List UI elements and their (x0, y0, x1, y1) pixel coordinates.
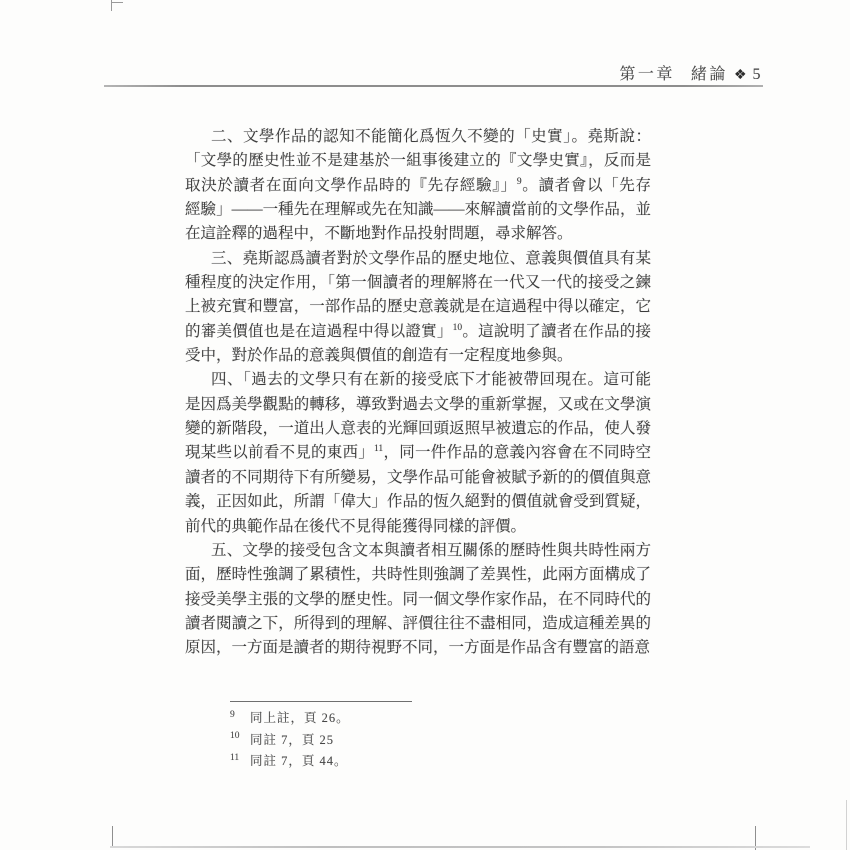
body-text-line: 二、文學作品的認知不能簡化爲恆久不變的「史實」。堯斯說： (185, 125, 651, 149)
body-text-line: 義，正因如此，所謂「偉大」作品的恆久絕對的價值就會受到質疑， (185, 490, 651, 514)
footnote-item: 11同註 7，頁 44。 (230, 751, 650, 773)
header-chapter: 第一章 (619, 66, 675, 83)
body-text-line: 原因，一方面是讀者的期待視野不同，一方面是作品含有豐富的語意 (185, 636, 651, 660)
body-paragraphs: 二、文學作品的認知不能簡化爲恆久不變的「史實」。堯斯說：「文學的歷史性並不是建基… (185, 125, 651, 661)
footnote-list: 9同上註，頁 26。10同註 7，頁 2511同註 7，頁 44。 (230, 708, 650, 773)
scan-artifact-corner-horizontal (111, 2, 123, 3)
body-text-line: 受中，對於作品的意義與價值的創造有一定程度地參與。 (185, 344, 651, 368)
body-text-line: 經驗」——一種先在理解或先在知識——來解讀當前的文學作品，並 (185, 198, 651, 222)
page-header: 第一章緒論❖5 (619, 61, 763, 84)
footnote-text: 同註 7，頁 44。 (250, 754, 348, 768)
footnote-item: 10同註 7，頁 25 (230, 730, 650, 752)
body-text-line: 是因爲美學觀點的轉移，導致對過去文學的重新掌握，又或在文學演 (185, 393, 651, 417)
footnote-text: 同註 7，頁 25 (250, 733, 334, 747)
body-text-line: 四、「過去的文學只有在新的接受底下才能被帶回現在。這可能 (185, 368, 651, 392)
body-text-line: 接受美學主張的文學的歷史性。同一個文學作家作品，在不同時代的 (185, 588, 651, 612)
footnote-item: 9同上註，頁 26。 (230, 708, 650, 730)
body-text-line: 取決於讀者在面向文學作品時的『先存經驗』」9。讀者會以「先存 (185, 174, 651, 198)
header-section-title: 緒論 (691, 66, 728, 83)
body-text-line: 「文學的歷史性並不是建基於一組事後建立的『文學史實』，反而是 (185, 149, 651, 173)
body-text-line: 種程度的決定作用，「第一個讀者的理解將在一代又一代的接受之鍊 (185, 271, 651, 295)
scan-artifact-bottom-edge (110, 846, 810, 848)
body-text-line: 五、文學的接受包含文本與讀者相互關係的歷時性與共時性兩方 (185, 539, 651, 563)
body-text-line: 現某些以前看不見的東西」11，同一件作品的意義內容會在不同時空 (185, 441, 651, 465)
body-text-line: 讀者的不同期待下有所變易，文學作品可能會被賦予新的的價值與意 (185, 466, 651, 490)
body-text-line: 上被充實和豐富，一部作品的歷史意義就是在這過程中得以確定，它 (185, 295, 651, 319)
scan-artifact-left-tick (112, 826, 113, 846)
body-text-line: 在這詮釋的過程中，不斷地對作品投射問題，尋求解答。 (185, 222, 651, 246)
scanned-book-page: 第一章緒論❖5 二、文學作品的認知不能簡化爲恆久不變的「史實」。堯斯說：「文學的… (0, 0, 850, 850)
footnote-text: 同上註，頁 26。 (250, 711, 350, 725)
body-text-line: 前代的典範作品在後代不見得能獲得同樣的評價。 (185, 515, 651, 539)
body-text-line: 變的新階段，一道出人意表的光輝回頭返照早被遺忘的作品，使人發 (185, 417, 651, 441)
header-divider (104, 85, 763, 87)
diamond-ornament-icon: ❖ (734, 68, 747, 83)
body-text-line: 的審美價值也是在這過程中得以證實」10。這說明了讀者在作品的接 (185, 320, 651, 344)
footnote-divider (230, 701, 412, 702)
page-number: 5 (753, 66, 764, 83)
scan-artifact-right-edge (846, 800, 847, 850)
body-text-line: 讀者閱讀之下，所得到的理解、評價往往不盡相同，造成這種差異的 (185, 612, 651, 636)
body-text-line: 三、堯斯認爲讀者對於文學作品的歷史地位、意義與價值具有某 (185, 247, 651, 271)
body-text-line: 面，歷時性強調了累積性，共時性則強調了差異性，此兩方面構成了 (185, 563, 651, 587)
